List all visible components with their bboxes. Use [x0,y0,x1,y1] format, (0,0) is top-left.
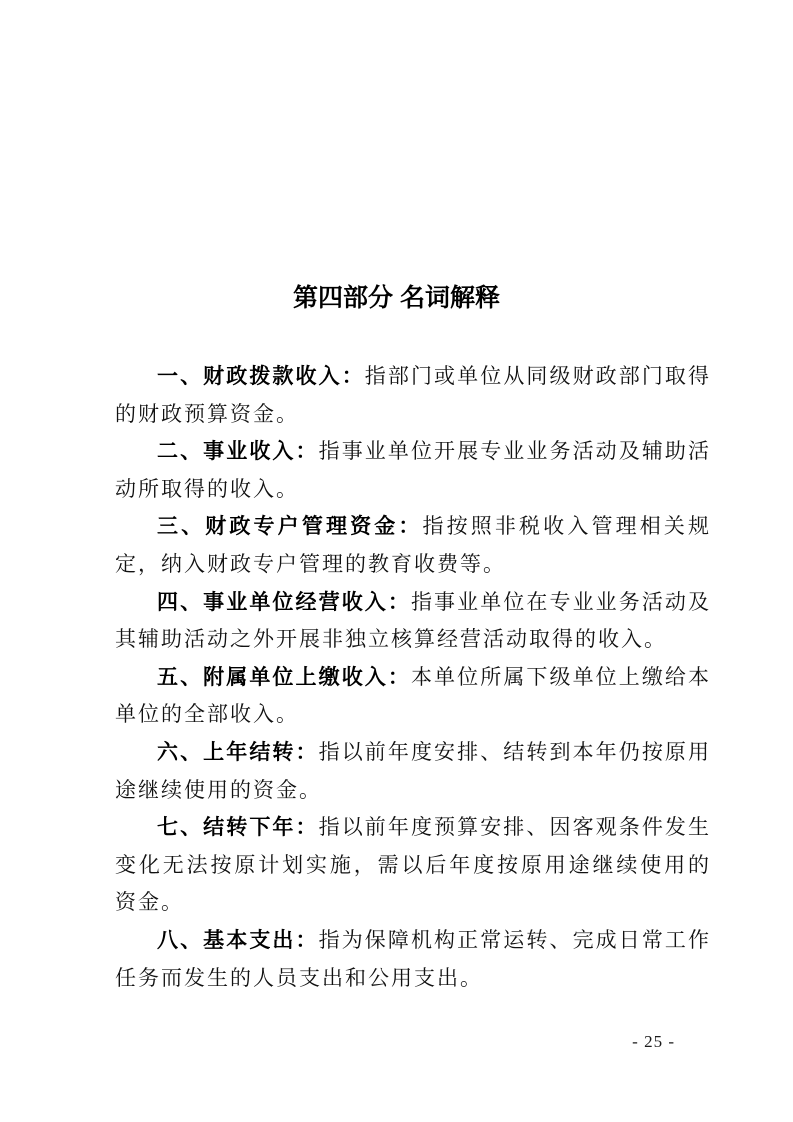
page-title: 第四部分 名词解释 [0,283,793,313]
term-label: 六、上年结转： [157,741,319,764]
term-label: 七、结转下年： [157,816,319,839]
term-paragraph: 二、事业收入：指事业单位开展专业业务活动及辅助活动所取得的收入。 [115,433,711,508]
term-paragraph: 四、事业单位经营收入：指事业单位在专业业务活动及其辅助活动之外开展非独立核算经营… [115,584,711,659]
term-label: 一、财政拨款收入： [157,365,365,388]
term-label: 四、事业单位经营收入： [157,591,411,614]
term-label: 三、财政专户管理资金： [157,515,423,538]
term-label: 五、附属单位上缴收入： [157,666,411,689]
page-number: - 25 - [632,1032,675,1052]
term-paragraph: 三、财政专户管理资金：指按照非税收入管理相关规定，纳入财政专户管理的教育收费等。 [115,508,711,583]
term-paragraph: 七、结转下年：指以前年度预算安排、因客观条件发生变化无法按原计划实施，需以后年度… [115,809,711,922]
document-page: 第四部分 名词解释 一、财政拨款收入：指部门或单位从同级财政部门取得的财政预算资… [0,0,793,1122]
term-label: 二、事业收入： [157,440,319,463]
term-label: 八、基本支出： [157,929,319,952]
terms-list: 一、财政拨款收入：指部门或单位从同级财政部门取得的财政预算资金。 二、事业收入：… [115,358,711,997]
term-paragraph: 五、附属单位上缴收入：本单位所属下级单位上缴给本单位的全部收入。 [115,659,711,734]
term-paragraph: 六、上年结转：指以前年度安排、结转到本年仍按原用途继续使用的资金。 [115,734,711,809]
term-paragraph: 八、基本支出：指为保障机构正常运转、完成日常工作任务而发生的人员支出和公用支出。 [115,922,711,997]
term-paragraph: 一、财政拨款收入：指部门或单位从同级财政部门取得的财政预算资金。 [115,358,711,433]
